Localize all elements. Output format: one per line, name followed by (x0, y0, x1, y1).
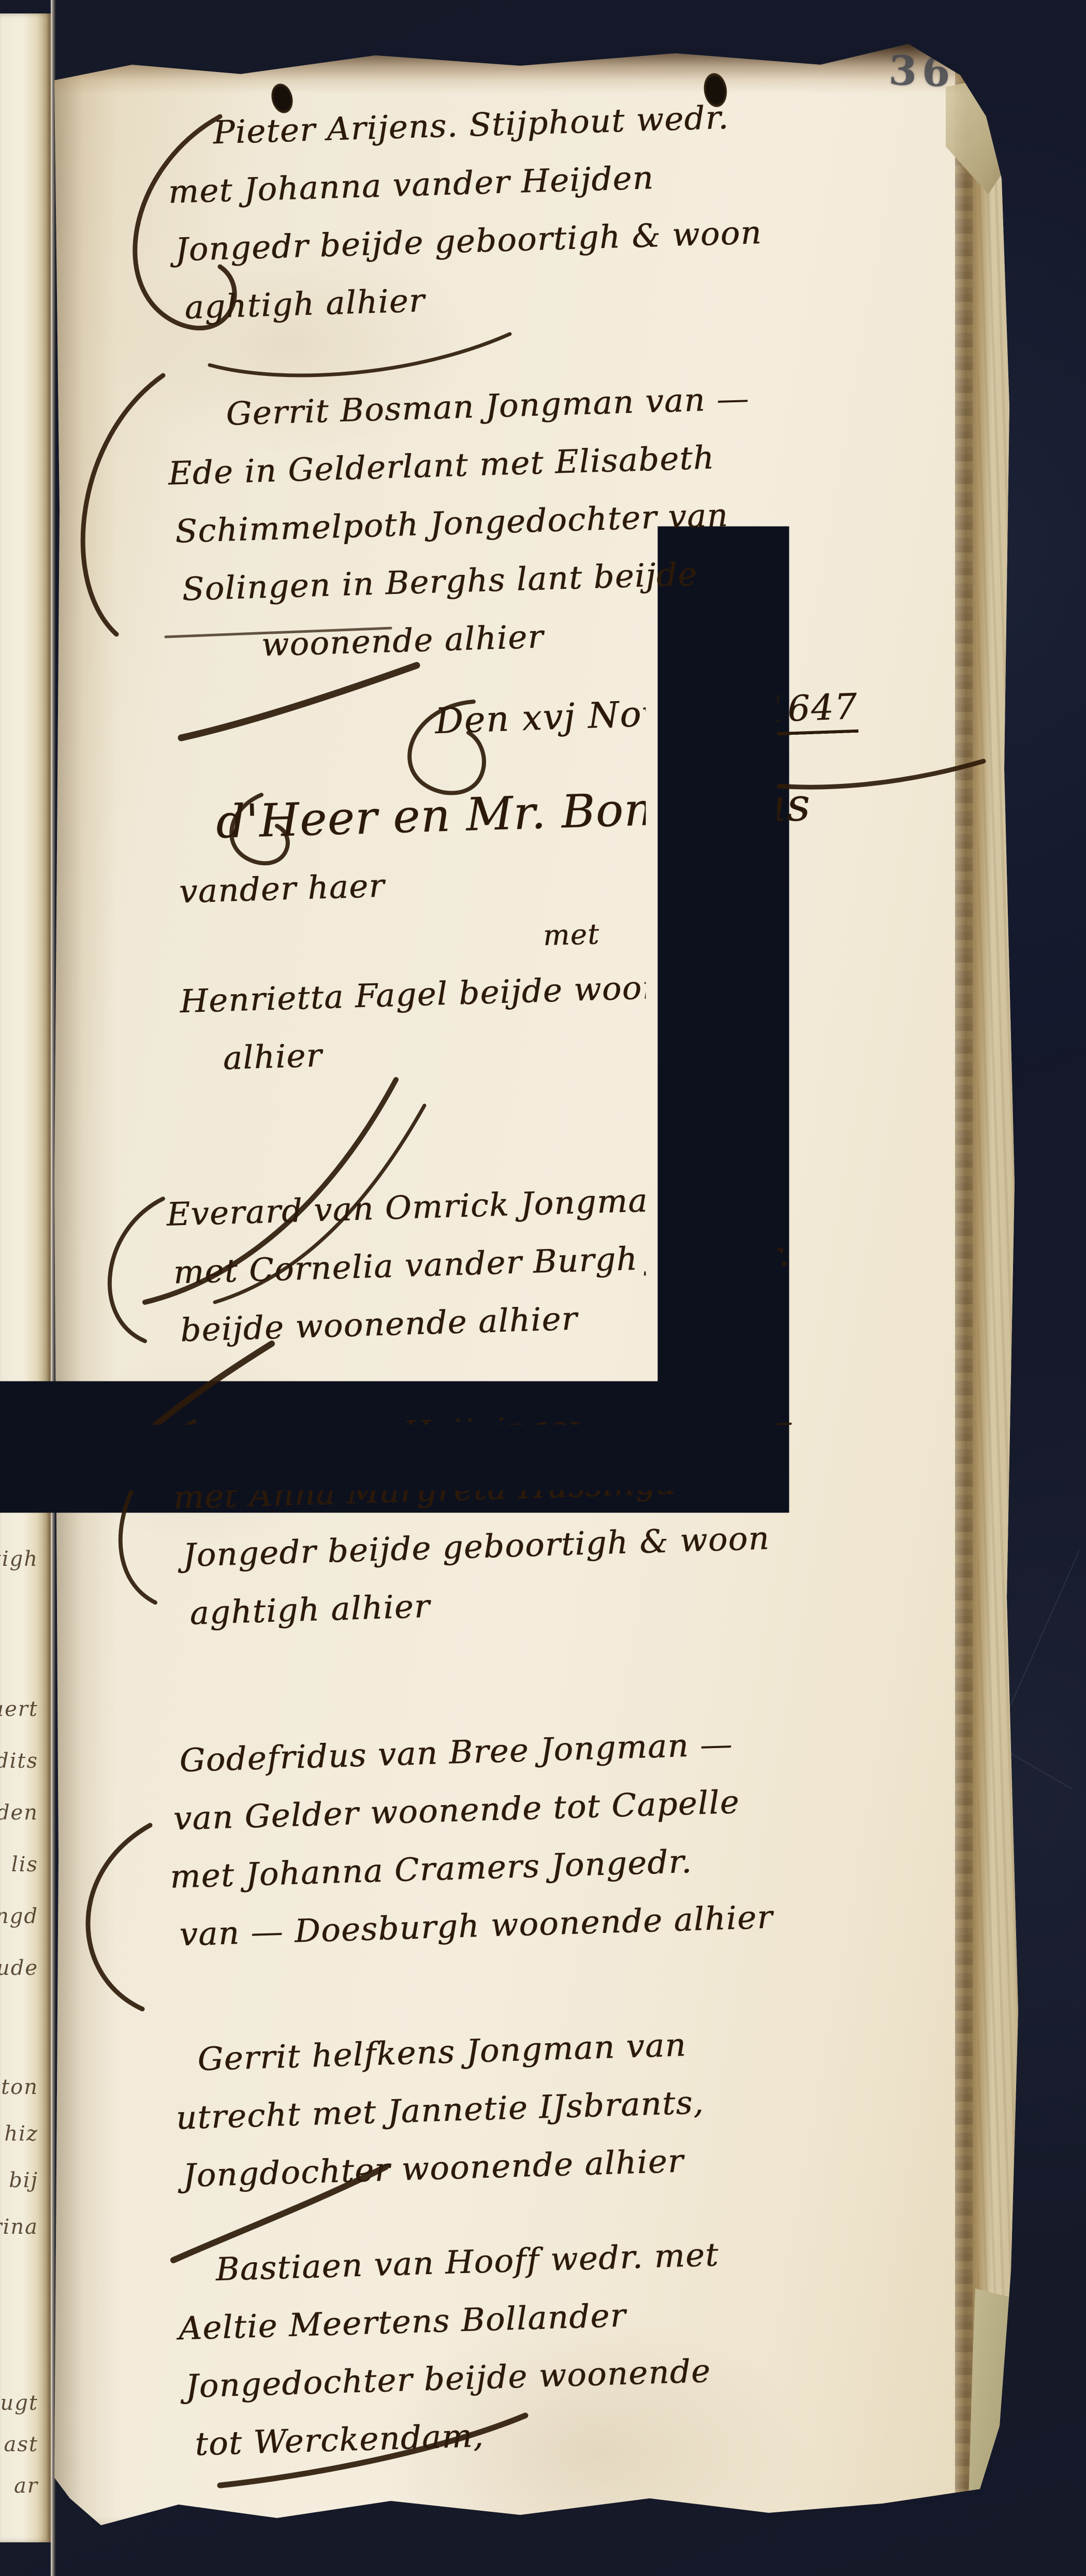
photographed-register-page: tigh uert dits dden lis ongd oude ton hi… (0, 0, 1086, 2576)
margin-fragment: dits (0, 1749, 38, 1773)
margin-fragment: rina (0, 2215, 38, 2239)
worn-bottom-edge (54, 2516, 1033, 2553)
entry-line: met (542, 902, 815, 962)
binding-cover-flap (968, 2289, 1036, 2532)
margin-fragment: lis (11, 1853, 38, 1876)
margin-fragment: ast (4, 2433, 38, 2456)
marriage-entry: d'Heer en Mr. Bonifacius vander haer met… (166, 765, 818, 1089)
margin-fragment: ugt (1, 2391, 38, 2415)
date-year: 1647 (764, 687, 859, 736)
date-heading: Den xvj Novemb.1647 (434, 687, 859, 742)
margin-fragment: ongd (0, 1904, 38, 1928)
margin-fragment: bij (9, 2169, 38, 2192)
marriage-entry: Bastiaen van Hooff wedr. met Aeltie Meer… (166, 2225, 725, 2473)
margin-fragment: oude (0, 1956, 38, 1980)
facing-page-sliver: tigh uert dits dden lis ongd oude ton hi… (0, 13, 52, 2542)
margin-fragment: tigh (0, 1547, 38, 1571)
marriage-entry: Adriaen van Heijningen Jongman — met Ann… (166, 1392, 799, 1643)
marriage-entry: Pieter Arijens. Stijphout wedr. met Joha… (166, 88, 765, 337)
register-page: 36 Pieter (54, 44, 1033, 2553)
marriage-entry: Everard van Omrick Jongman — met Corneli… (166, 1167, 793, 1359)
marriage-entry: Gerrit helfkens Jongman van utrecht met … (166, 2015, 707, 2205)
gutter-shadow (54, 44, 116, 2553)
margin-fragment: hiz (4, 2122, 38, 2146)
margin-fragment: ton (1, 2075, 38, 2099)
margin-fragment: dden (0, 1801, 38, 1825)
marriage-entry: Gerrit Bosman Jongman van — Ede in Gelde… (166, 370, 757, 677)
date-text: Den xvj Novemb. (434, 690, 756, 743)
burned-top-edge (54, 44, 1033, 94)
marriage-entry: Godefridus van Bree Jongman — van Gelder… (166, 1714, 774, 1964)
book-fore-edge (955, 44, 1033, 2553)
background-scratch (1007, 1550, 1080, 1711)
margin-fragment: ar (14, 2474, 38, 2498)
page-number-stamp: 36 (888, 47, 956, 96)
margin-fragment: uert (0, 1697, 38, 1721)
